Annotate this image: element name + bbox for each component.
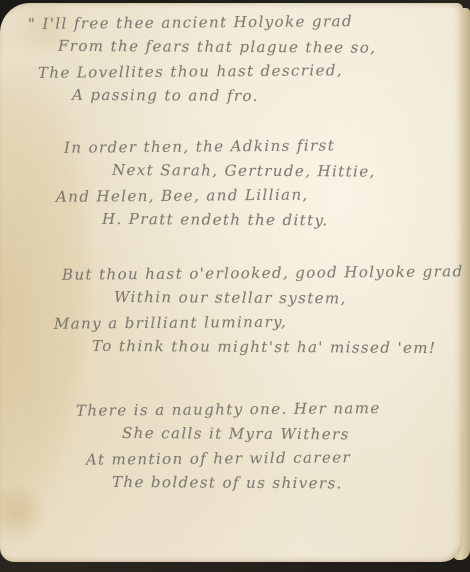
poem-line: Many a brilliant luminary, xyxy=(54,311,463,339)
stanza: But thou hast o'erlooked, good Holyoke g… xyxy=(0,264,463,362)
stanza: " I'll free thee ancient Holyoke grad Fr… xyxy=(0,13,463,111)
poem-line: From the fears that plague thee so, xyxy=(58,36,463,63)
stanza: In order then, the Adkins first Next Sar… xyxy=(0,137,463,235)
poem-line: And Helen, Bee, and Lillian, xyxy=(56,184,463,212)
poem: " I'll free thee ancient Holyoke grad Fr… xyxy=(0,3,463,562)
poem-line: The boldest of us shivers. xyxy=(112,472,463,499)
album-photo: " I'll free thee ancient Holyoke grad Fr… xyxy=(0,0,470,572)
poem-line: To think thou might'st ha' missed 'em! xyxy=(92,336,463,363)
poem-line: There is a naughty one. Her name xyxy=(76,398,463,426)
stanza: There is a naughty one. Her name She cal… xyxy=(0,400,463,498)
poem-line: But thou hast o'erlooked, good Holyoke g… xyxy=(62,262,463,290)
poem-line: H. Pratt endeth the ditty. xyxy=(102,209,463,236)
album-page: " I'll free thee ancient Holyoke grad Fr… xyxy=(0,3,463,562)
poem-line: " I'll free thee ancient Holyoke grad xyxy=(28,11,463,39)
poem-line: In order then, the Adkins first xyxy=(64,135,463,163)
poem-line: At mention of her wild career xyxy=(86,447,463,475)
poem-line: Next Sarah, Gertrude, Hittie, xyxy=(112,160,463,187)
poem-line: A passing to and fro. xyxy=(72,85,463,112)
poem-line: She calls it Myra Withers xyxy=(122,423,463,450)
poem-line: The Lovellites thou hast descried, xyxy=(38,60,463,88)
poem-line: Within our stellar system, xyxy=(114,287,463,314)
